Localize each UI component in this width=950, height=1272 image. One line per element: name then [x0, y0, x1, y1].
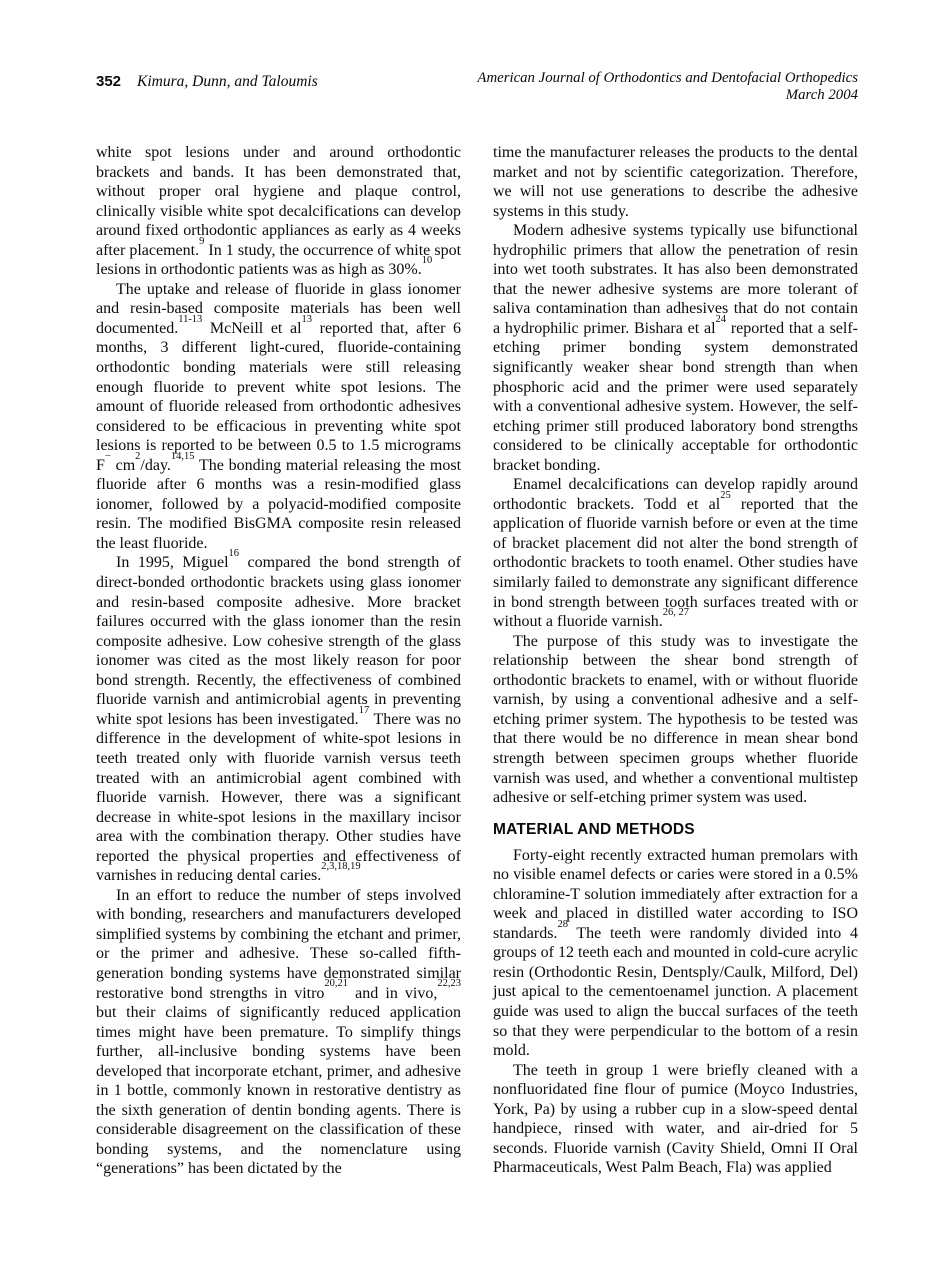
- paragraph: white spot lesions under and around orth…: [96, 143, 461, 280]
- journal-page: 352 Kimura, Dunn, and Taloumis American …: [0, 0, 950, 1272]
- reference-superscript: 28: [557, 919, 568, 930]
- reference-superscript: 17: [359, 705, 370, 716]
- issue-date: March 2004: [477, 87, 858, 104]
- right-column: time the manufacturer releases the produ…: [493, 143, 858, 1179]
- reference-superscript: 10: [422, 255, 433, 266]
- left-column: white spot lesions under and around orth…: [96, 143, 461, 1179]
- paragraph: Modern adhesive systems typically use bi…: [493, 221, 858, 475]
- paragraph: The uptake and release of fluoride in gl…: [96, 280, 461, 554]
- reference-superscript: 26, 27: [663, 607, 689, 618]
- reference-superscript: 24: [716, 314, 727, 325]
- paragraph: The teeth in group 1 were briefly cleane…: [493, 1061, 858, 1178]
- paragraph: time the manufacturer releases the produ…: [493, 143, 858, 221]
- reference-superscript: 2: [135, 451, 140, 462]
- paragraph: In an effort to reduce the number of ste…: [96, 886, 461, 1179]
- reference-superscript: 14,15: [171, 451, 195, 462]
- reference-superscript: 2,3,18,19: [321, 861, 360, 872]
- reference-superscript: −: [105, 451, 111, 462]
- page-number: 352: [96, 73, 121, 90]
- reference-superscript: 16: [229, 548, 240, 559]
- section-heading: MATERIAL AND METHODS: [493, 821, 858, 839]
- reference-superscript: 22,23: [437, 978, 461, 989]
- paragraph: Forty-eight recently extracted human pre…: [493, 846, 858, 1061]
- paragraph: In 1995, Miguel16 compared the bond stre…: [96, 553, 461, 885]
- running-head-right: American Journal of Orthodontics and Den…: [477, 70, 858, 103]
- paragraph: The purpose of this study was to investi…: [493, 632, 858, 808]
- running-authors: Kimura, Dunn, and Taloumis: [137, 73, 318, 90]
- article-body: white spot lesions under and around orth…: [96, 143, 858, 1179]
- reference-superscript: 13: [302, 314, 313, 325]
- running-head-left: 352 Kimura, Dunn, and Taloumis: [96, 70, 318, 91]
- journal-name: American Journal of Orthodontics and Den…: [477, 70, 858, 87]
- reference-superscript: 11-13: [178, 314, 202, 325]
- reference-superscript: 9: [199, 236, 204, 247]
- reference-superscript: 25: [720, 490, 731, 501]
- paragraph: Enamel decalcifications can develop rapi…: [493, 475, 858, 631]
- page-header: 352 Kimura, Dunn, and Taloumis American …: [96, 70, 858, 103]
- reference-superscript: 20,21: [324, 978, 348, 989]
